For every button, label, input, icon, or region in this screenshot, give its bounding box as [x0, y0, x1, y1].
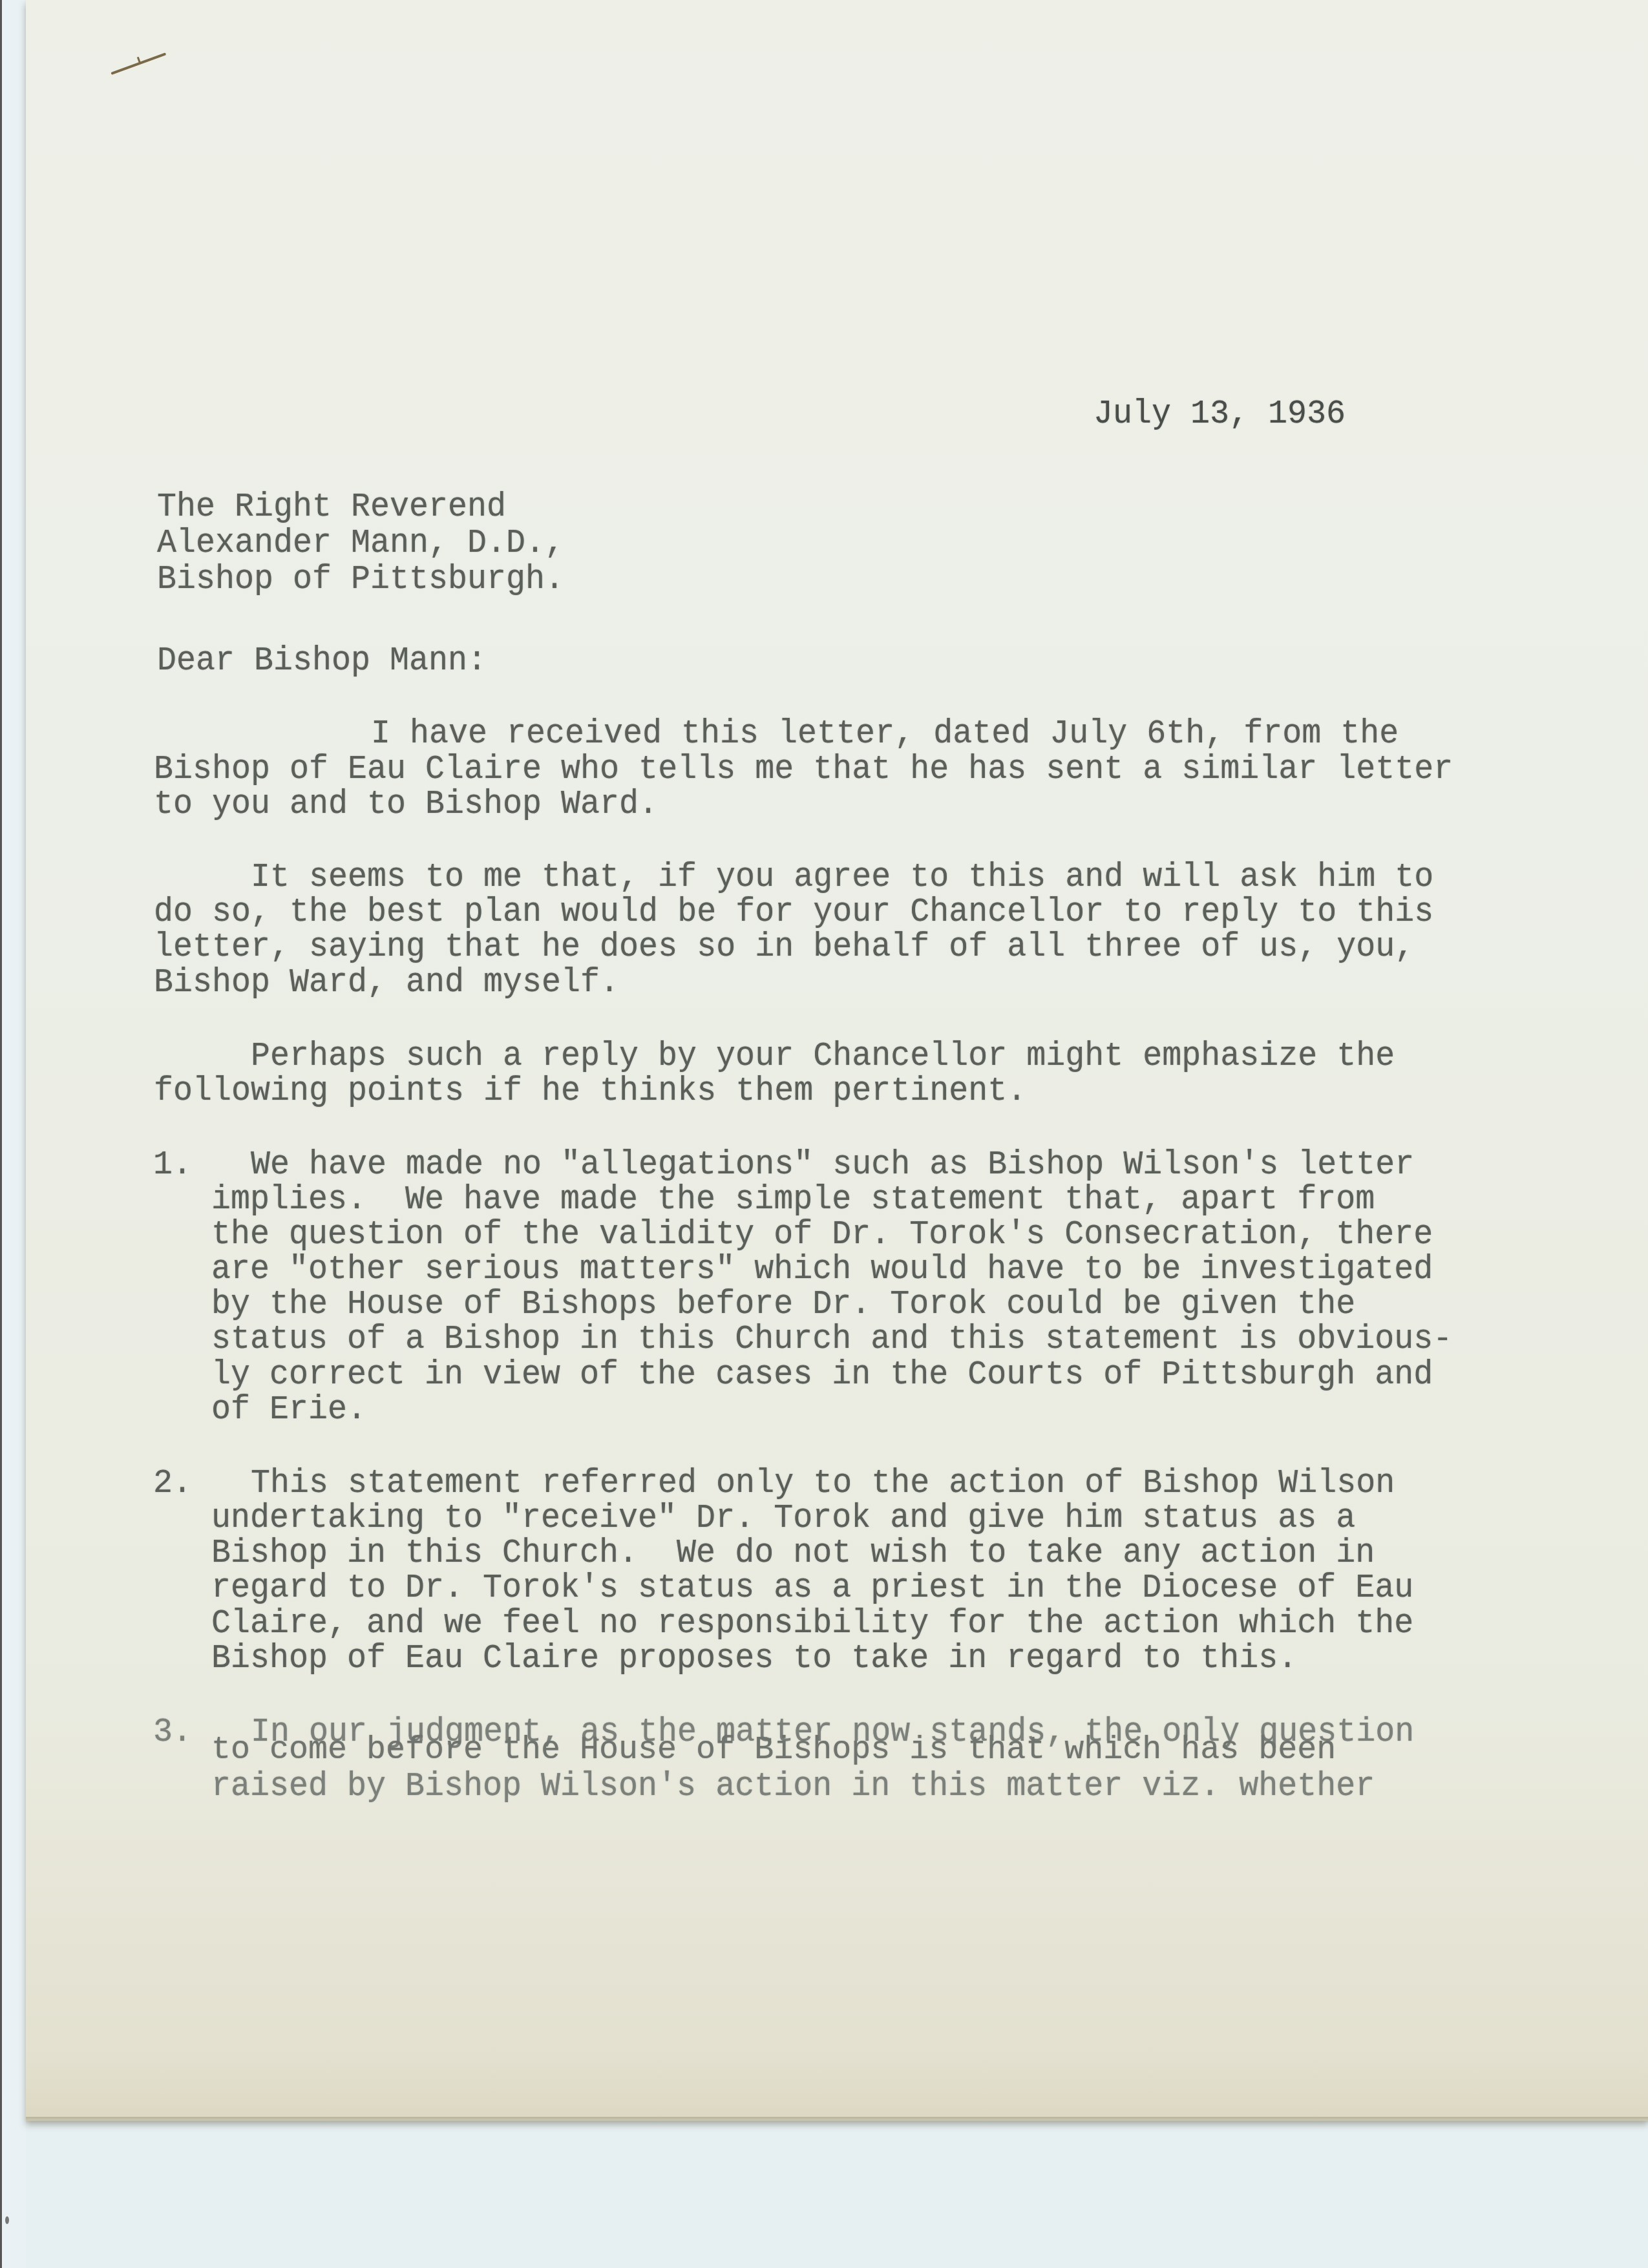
scanner-bed-edge [0, 0, 26, 2268]
point-line-overtyped: to come before the House of Bishops is t… [211, 1732, 1336, 1769]
address-line: Alexander Mann, D.D., [157, 525, 564, 563]
point-number: 3. [153, 1714, 192, 1752]
paragraph-line: Bishop of Eau Claire who tells me that h… [154, 751, 1453, 789]
point-line: We have made no "allegations" such as Bi… [251, 1146, 1414, 1184]
address-line: Bishop of Pittsburgh. [157, 561, 564, 599]
salutation: Dear Bishop Mann: [157, 642, 487, 680]
point-line: raised by Bishop Wilson's action in this… [211, 1768, 1375, 1806]
paragraph-line: do so, the best plan would be for your C… [154, 894, 1433, 932]
point-line: undertaking to "receive" Dr. Torok and g… [211, 1500, 1355, 1538]
paragraph-line: I have received this letter, dated July … [371, 715, 1399, 753]
address-line: The Right Reverend [157, 488, 506, 527]
point-line: ly correct in view of the cases in the C… [211, 1356, 1433, 1394]
point-line: regard to Dr. Torok's status as a priest… [211, 1570, 1413, 1608]
point-line: of Erie. [211, 1391, 366, 1429]
paragraph-line: following points if he thinks them perti… [154, 1073, 1026, 1111]
paragraph-line: Bishop Ward, and myself. [154, 964, 619, 1002]
point-number: 1. [153, 1146, 192, 1184]
paragraph-line: letter, saying that he does so in behalf… [154, 929, 1414, 967]
point-line: the question of the validity of Dr. Toro… [211, 1216, 1433, 1254]
paragraph-line: Perhaps such a reply by your Chancellor … [251, 1038, 1395, 1076]
point-number: 2. [153, 1465, 192, 1503]
paragraph-line: It seems to me that, if you agree to thi… [251, 859, 1433, 897]
letter-date: July 13, 1936 [1093, 395, 1346, 434]
point-line: Bishop in this Church. We do not wish to… [211, 1535, 1375, 1573]
point-line: Bishop of Eau Claire proposes to take in… [211, 1640, 1297, 1678]
point-line: This statement referred only to the acti… [251, 1465, 1395, 1503]
point-line: implies. We have made the simple stateme… [211, 1181, 1375, 1219]
paper-bottom-edge [26, 2117, 1648, 2123]
paragraph-line: to you and to Bishop Ward. [154, 786, 658, 824]
scan-speck [5, 2216, 9, 2224]
point-line: are "other serious matters" which would … [211, 1251, 1433, 1289]
point-line: status of a Bishop in this Church and th… [211, 1321, 1452, 1359]
point-line: Claire, and we feel no responsibility fo… [211, 1605, 1413, 1643]
point-line: by the House of Bishops before Dr. Torok… [211, 1286, 1355, 1324]
